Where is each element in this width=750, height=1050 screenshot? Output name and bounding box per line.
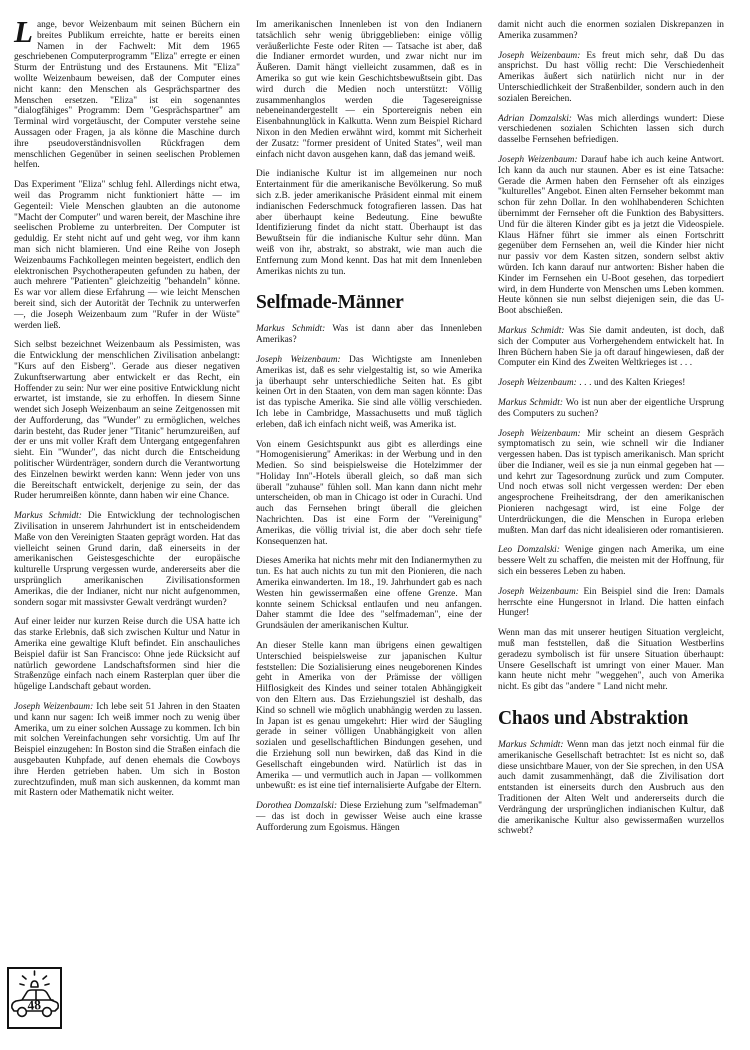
paragraph: Lange, bevor Weizenbaum mit seinen Büche… [14,20,240,171]
interview-paragraph: Leo Domzalski: Wenige gingen nach Amerik… [498,545,724,577]
speaker-name: Joseph Weizenbaum: [256,355,341,365]
paragraph: An dieser Stelle kann man übrigens einen… [256,641,482,792]
interview-paragraph: Adrian Domzalski: Was mich allerdings wu… [498,114,724,146]
section-heading: Selfmade-Männer [256,292,482,314]
text-columns: Lange, bevor Weizenbaum mit seinen Büche… [14,20,724,846]
speaker-name: Joseph Weizenbaum: [498,587,579,597]
column-3: damit nicht auch die enormen sozialen Di… [498,20,724,846]
interview-paragraph: Joseph Weizenbaum: Darauf habe ich auch … [498,155,724,317]
section-heading: Chaos und Abstraktion [498,708,724,730]
speaker-name: Joseph Weizenbaum: [498,378,577,388]
speaker-name: Joseph Weizenbaum: [14,702,93,712]
speaker-name: Dorothea Domzalski: [256,801,337,811]
siren-rays [20,971,49,985]
interview-paragraph: Joseph Weizenbaum: Das Wichtigste am Inn… [256,355,482,431]
page-number-stamp: 48 [7,967,62,1029]
interview-paragraph: Markus Schmidt: Wo ist nun aber der eige… [498,398,724,420]
paragraph: Sich selbst bezeichnet Weizenbaum als Pe… [14,340,240,502]
paragraph: Wenn man das mit unserer heutigen Situat… [498,628,724,693]
paragraph: Im amerikanischen Innenleben ist von den… [256,20,482,160]
interview-paragraph: Joseph Weizenbaum: . . . und des Kalten … [498,378,724,389]
paragraph: Die indianische Kultur ist im allgemeine… [256,169,482,277]
page-number: 48 [27,997,42,1013]
interview-paragraph: Markus Schmidt: Was Sie damit andeuten, … [498,326,724,369]
speaker-name: Joseph Weizenbaum: [498,155,578,165]
column-1: Lange, bevor Weizenbaum mit seinen Büche… [14,20,240,846]
interview-paragraph: Markus Schmidt: Die Entwicklung der tech… [14,511,240,608]
paragraph: Auf einer leider nur kurzen Reise durch … [14,617,240,693]
speaker-name: Markus Schmidt: [14,511,82,521]
speaker-name: Adrian Domzalski: [498,114,572,124]
speaker-name: Joseph Weizenbaum: [498,51,580,61]
paragraph: Dieses Amerika hat nichts mehr mit den I… [256,556,482,632]
police-car-icon: 48 [9,969,60,1027]
speaker-name: Leo Domzalski: [498,545,560,555]
interview-paragraph: Joseph Weizenbaum: Mir scheint an diesem… [498,429,724,537]
interview-paragraph: Markus Schmidt: Wenn man das jetzt noch … [498,740,724,837]
column-2: Im amerikanischen Innenleben ist von den… [256,20,482,846]
interview-paragraph: Joseph Weizenbaum: Ein Beispiel sind die… [498,587,724,619]
rear-wheel [18,1008,27,1017]
interview-paragraph: Joseph Weizenbaum: Es freut mich sehr, d… [498,51,724,105]
speaker-name: Markus Schmidt: [498,398,563,408]
drop-cap: L [14,20,37,43]
speaker-name: Markus Schmidt: [256,324,325,334]
paragraph: Das Experiment "Eliza" schlug fehl. Alle… [14,180,240,331]
interview-paragraph: Dorothea Domzalski: Diese Erziehung zum … [256,801,482,833]
interview-paragraph: Joseph Weizenbaum: Ich lebe seit 51 Jahr… [14,702,240,799]
article-page: Lange, bevor Weizenbaum mit seinen Büche… [14,20,737,846]
siren-light [31,981,38,987]
paragraph: damit nicht auch die enormen sozialen Di… [498,20,724,42]
speaker-name: Markus Schmidt: [498,326,564,336]
paragraph: Von einem Gesichtspunkt aus gibt es alle… [256,440,482,548]
speaker-name: Markus Schmidt: [498,740,564,750]
front-wheel [43,1008,52,1017]
speaker-name: Joseph Weizenbaum: [498,429,581,439]
interview-paragraph: Markus Schmidt: Was ist dann aber das In… [256,324,482,346]
